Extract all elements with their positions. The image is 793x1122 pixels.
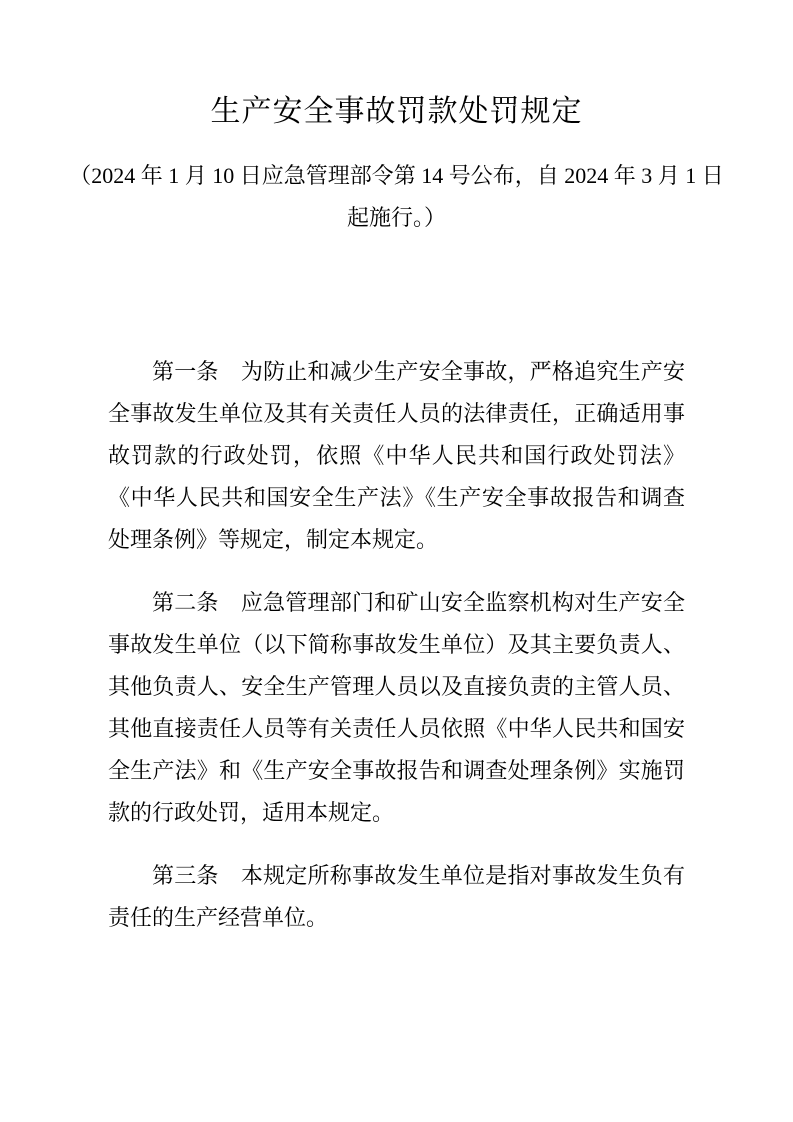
subtitle-line-1: （2024 年 1 月 10 日应急管理部令第 14 号公布，自 2024 年 … xyxy=(0,155,793,197)
document-subtitle: （2024 年 1 月 10 日应急管理部令第 14 号公布，自 2024 年 … xyxy=(0,155,793,239)
document-body: 第一条 为防止和减少生产安全事故，严格追究生产安全事故发生单位及其有关责任人员的… xyxy=(108,351,685,939)
document-title: 生产安全事故罚款处罚规定 xyxy=(0,0,793,134)
subtitle-line-2: 起施行。） xyxy=(0,197,793,239)
article-1: 第一条 为防止和减少生产安全事故，严格追究生产安全事故发生单位及其有关责任人员的… xyxy=(108,351,685,561)
article-2: 第二条 应急管理部门和矿山安全监察机构对生产安全事故发生单位（以下简称事故发生单… xyxy=(108,582,685,834)
document-page: 生产安全事故罚款处罚规定 （2024 年 1 月 10 日应急管理部令第 14 … xyxy=(0,0,793,1122)
article-3: 第三条 本规定所称事故发生单位是指对事故发生负有责任的生产经营单位。 xyxy=(108,855,685,939)
